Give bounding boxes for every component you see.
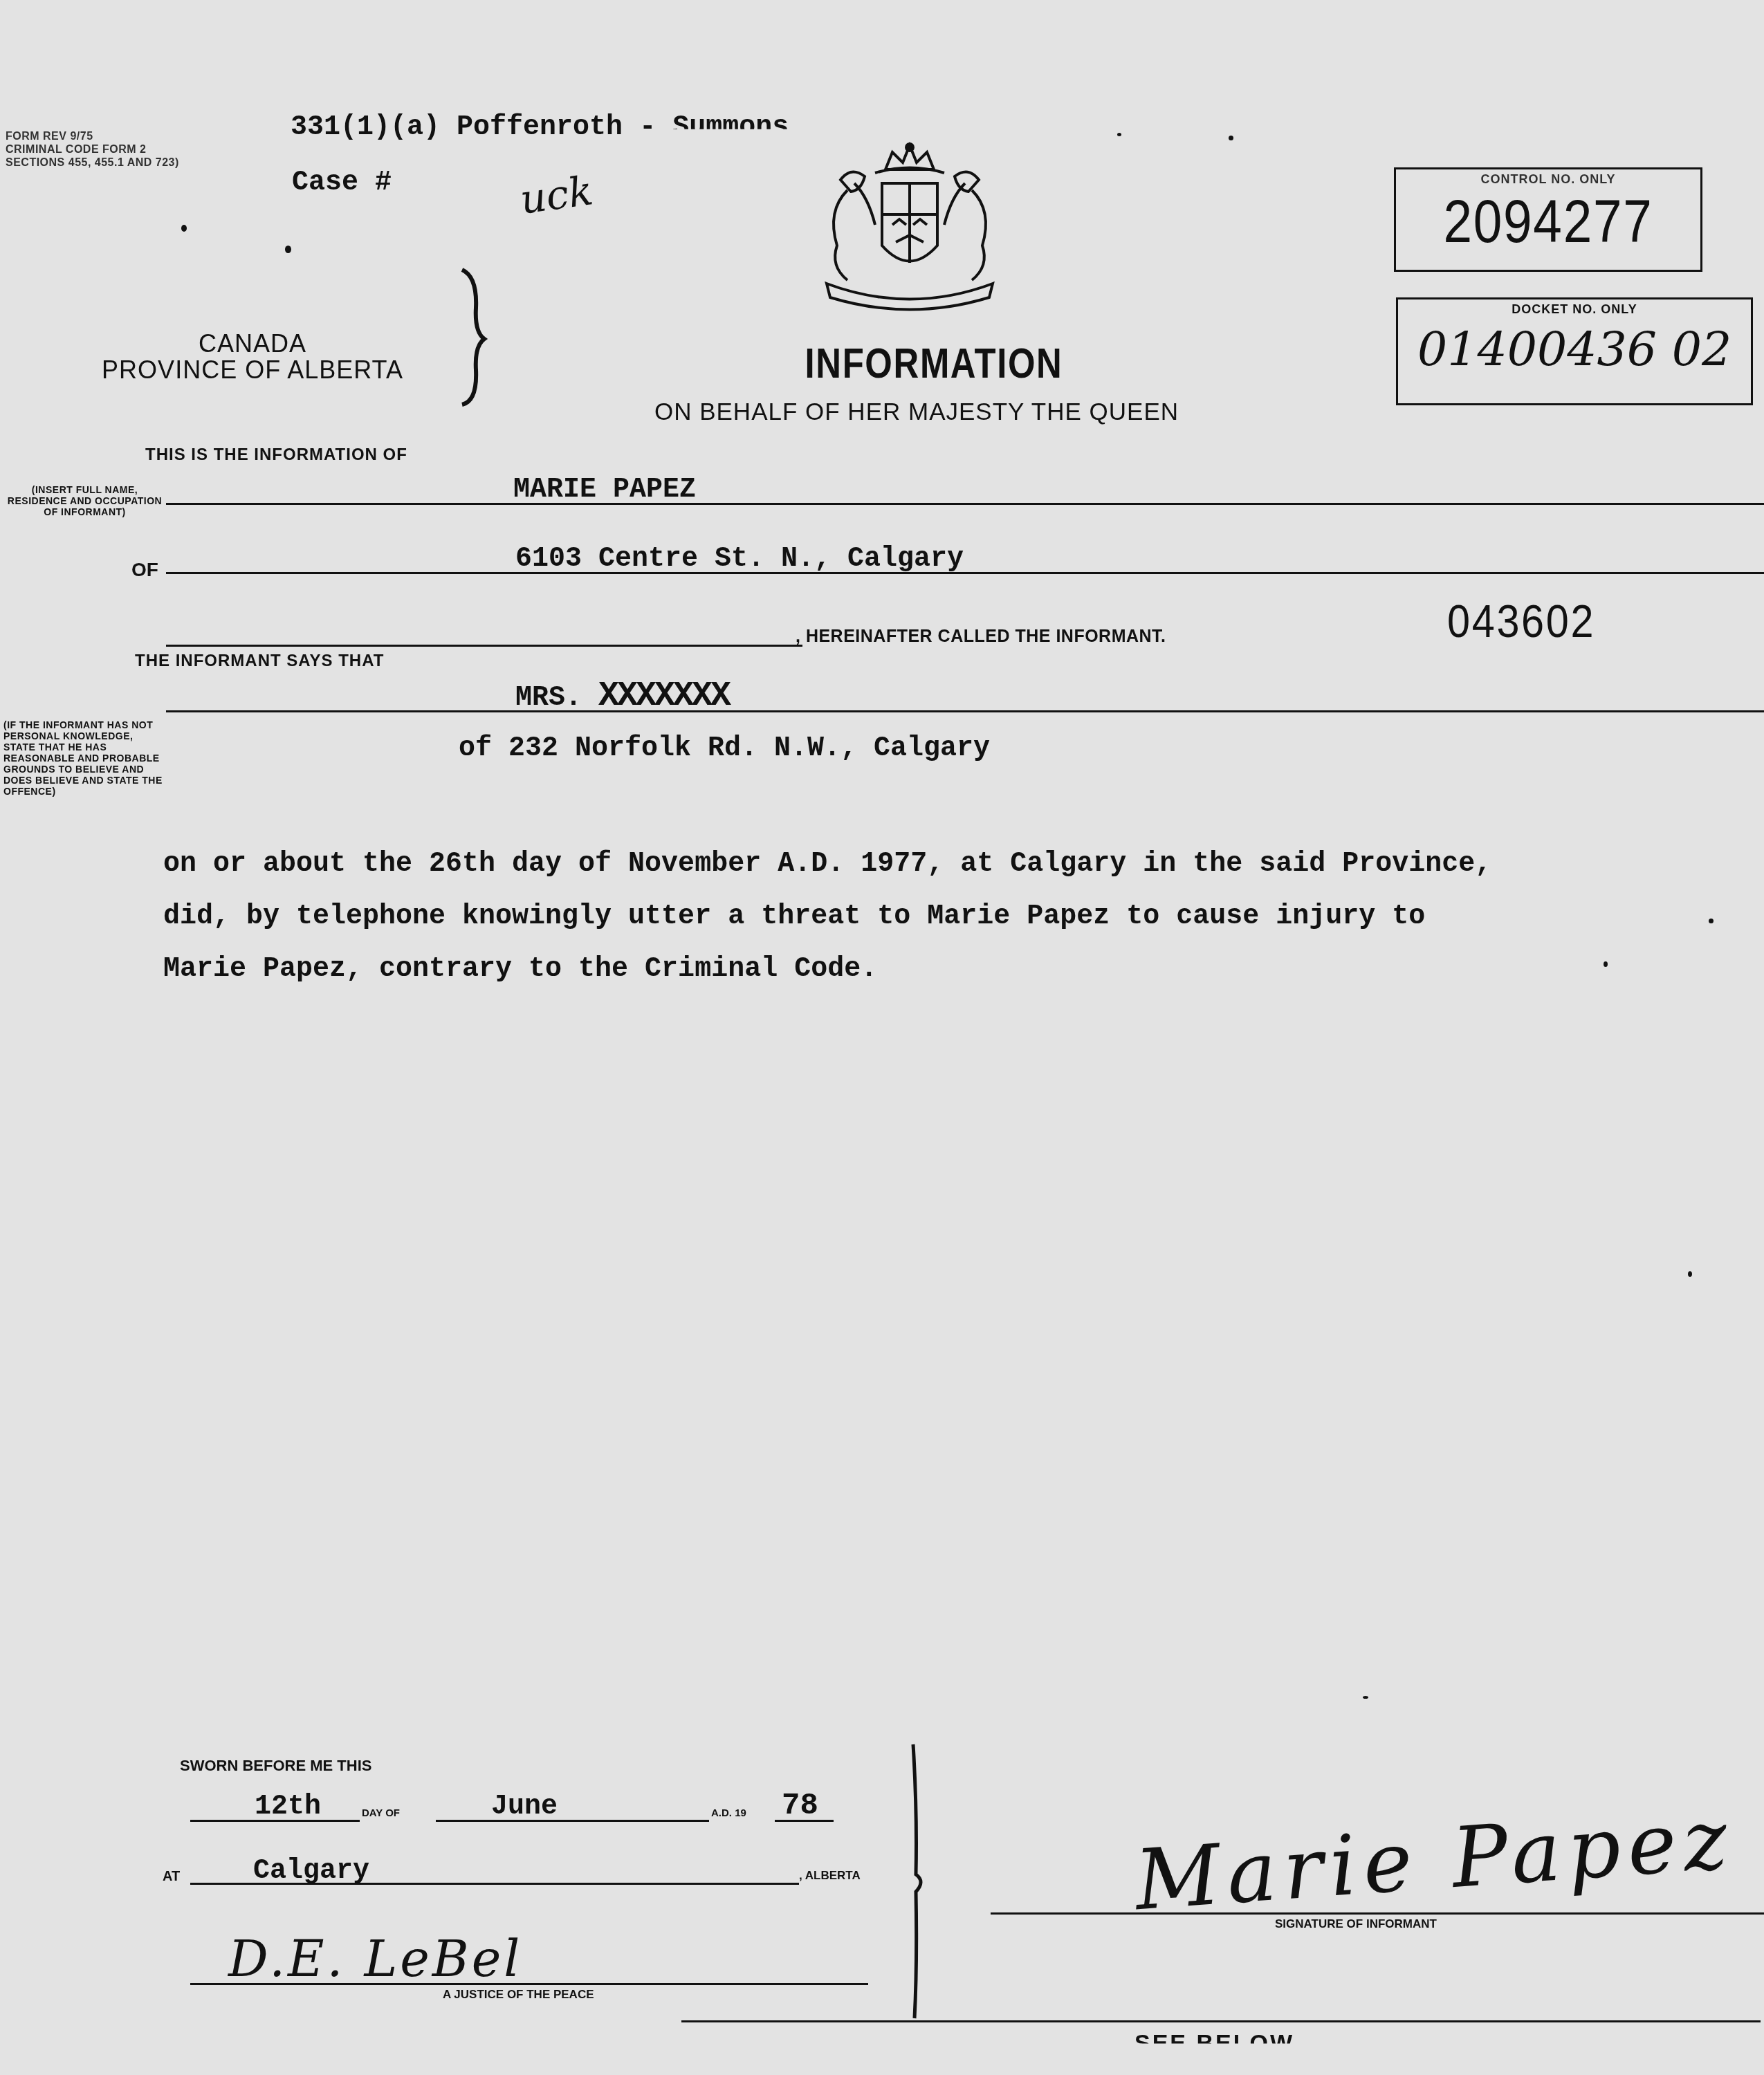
document-subtitle: ON BEHALF OF HER MAJESTY THE QUEEN [588, 398, 1245, 426]
informant-address: 6103 Centre St. N., Calgary [515, 544, 964, 575]
informant-says-label: THE INFORMANT SAYS THAT [135, 652, 384, 671]
scan-speck [1604, 961, 1608, 967]
informant-side-note: (INSERT FULL NAME, RESIDENCE AND OCCUPAT… [3, 484, 166, 517]
accused-side-note: (IF THE INFORMANT HAS NOT PERSONAL KNOWL… [3, 719, 166, 797]
informant-signature-label: SIGNATURE OF INFORMANT [1275, 1917, 1437, 1931]
section-number: 331(1)(a) [291, 112, 440, 143]
sworn-year: 78 [782, 1789, 818, 1823]
offence-line: on or about the 26th day of November A.D… [163, 838, 1491, 891]
offence-line: Marie Papez, contrary to the Criminal Co… [163, 943, 1491, 996]
scan-speck [1709, 919, 1714, 923]
justice-signature: D.E. LeBel [228, 1930, 522, 1988]
handwritten-mark: uck [517, 167, 596, 223]
control-number-label: CONTROL NO. ONLY [1396, 172, 1700, 187]
form-reference-line: CRIMINAL CODE FORM 2 [6, 143, 296, 156]
province: PROVINCE OF ALBERTA [66, 357, 439, 383]
annotation-dash: - [639, 112, 656, 143]
docket-number-label: DOCKET NO. ONLY [1398, 302, 1751, 317]
offence-description: on or about the 26th day of November A.D… [163, 838, 1491, 996]
province-label: , ALBERTA [799, 1869, 861, 1883]
of-label: OF [131, 559, 158, 581]
justice-signature-line [190, 1983, 868, 1985]
country: CANADA [66, 331, 439, 357]
brace-icon [457, 266, 491, 408]
scan-speck [181, 225, 187, 232]
accused-surname: Poffenroth [457, 112, 623, 143]
scan-speck [285, 246, 291, 253]
informant-name-line [166, 503, 1764, 505]
section-divider-icon [906, 1743, 934, 2020]
informant-occupation-line [166, 645, 802, 647]
document-title: INFORMATION [764, 339, 1104, 388]
informant-name: MARIE PAPEZ [513, 474, 696, 506]
control-number-box: CONTROL NO. ONLY 2094277 [1394, 167, 1702, 272]
form-reference-line: FORM REV 9/75 [6, 130, 296, 143]
sworn-day: 12th [255, 1791, 321, 1823]
footer-partial-text: SEE BELOW [1134, 2030, 1294, 2057]
sworn-place: Calgary [253, 1856, 369, 1887]
accused-address: of 232 Norfolk Rd. N.W., Calgary [459, 733, 990, 764]
sworn-month: June [491, 1791, 558, 1823]
scan-speck [1117, 133, 1121, 136]
case-label: Case # [292, 167, 392, 199]
informant-signature: Marie Papez [1132, 1791, 1737, 1929]
information-of-label: THIS IS THE INFORMATION OF [145, 445, 407, 465]
jurisdiction: CANADA PROVINCE OF ALBERTA [66, 331, 439, 383]
header-annotation: 331(1)(a) Poffenroth - Summons [291, 112, 789, 143]
sworn-label: SWORN BEFORE ME THIS [180, 1757, 371, 1775]
sworn-month-line [436, 1820, 709, 1822]
docket-number-value: 01400436 02 [1398, 317, 1751, 382]
royal-crest-icon [799, 142, 1020, 315]
day-of-label: DAY OF [362, 1807, 400, 1819]
informant-signature-line [991, 1912, 1764, 1915]
docket-number-box: DOCKET NO. ONLY 01400436 02 [1396, 297, 1753, 405]
document-type: Summons [672, 112, 789, 143]
ad-label: A.D. 19 [711, 1807, 746, 1819]
accused-title: MRS. [515, 683, 582, 714]
stamp-number: 043602 [1447, 595, 1595, 647]
hereinafter-label: , HEREINAFTER CALLED THE INFORMANT. [796, 627, 1166, 647]
scan-speck [1229, 136, 1233, 140]
scan-speck [1688, 1271, 1692, 1277]
footer-line [681, 2020, 1761, 2022]
accused-name-line [166, 710, 1764, 712]
scan-speck [1363, 1696, 1368, 1699]
justice-label: A JUSTICE OF THE PEACE [443, 1988, 594, 2002]
control-number-value: 2094277 [1419, 187, 1678, 256]
form-reference-line: SECTIONS 455, 455.1 AND 723) [6, 156, 296, 169]
informant-address-line [166, 572, 1764, 574]
at-label: AT [163, 1869, 180, 1885]
form-reference: FORM REV 9/75 CRIMINAL CODE FORM 2 SECTI… [6, 130, 296, 169]
offence-line: did, by telephone knowingly utter a thre… [163, 891, 1491, 943]
